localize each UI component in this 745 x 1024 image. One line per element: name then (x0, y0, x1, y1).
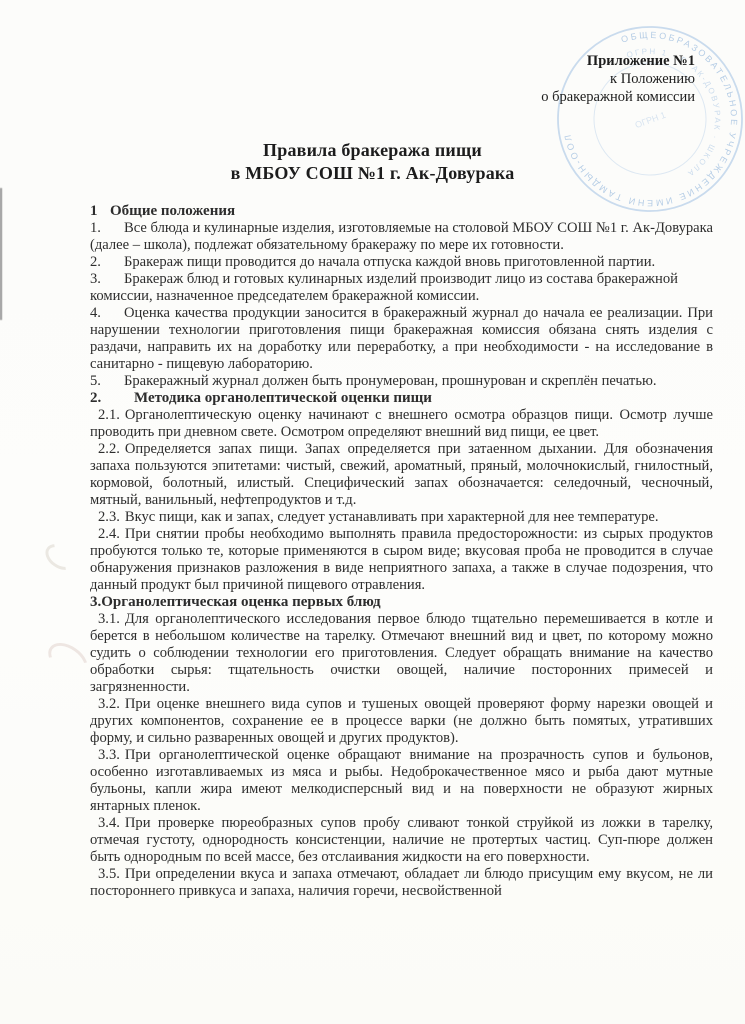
paragraph-number: 3.3. (98, 747, 120, 763)
scanned-document-page: ОБЩЕОБРАЗОВАТЕЛЬНОЕ УЧРЕЖДЕНИЕ ИМЕНИ ТАМ… (0, 0, 745, 1024)
paragraph-3-4: 3.4.При проверке пюреобразных супов проб… (90, 815, 713, 866)
paragraph-number: 3.4. (98, 815, 120, 831)
paragraph-2-3: 2.3.Вкус пищи, как и запах, следует уста… (90, 509, 713, 526)
list-item-2: 2.Бракераж пищи проводится до начала отп… (90, 254, 713, 271)
item-number: 3. (90, 271, 124, 288)
item-text: Бракераж блюд и готовых кулинарных издел… (90, 271, 678, 304)
section-1-heading: 1Общие положения (90, 203, 713, 220)
section-3-title: Органолептическая оценка первых блюд (101, 594, 380, 610)
paragraph-text: Органолептическую оценку начинают с внеш… (90, 407, 713, 440)
section-3-heading: 3.Органолептическая оценка первых блюд (90, 594, 713, 611)
scan-edge-artifact (0, 188, 2, 320)
item-number: 5. (90, 373, 124, 390)
paragraph-3-1: 3.1.Для органолептического исследования … (90, 611, 713, 696)
paragraph-text: Вкус пищи, как и запах, следует устанавл… (125, 509, 659, 525)
paragraph-number: 2.4. (98, 526, 120, 542)
section-2-title: Методика органолептической оценки пищи (134, 390, 432, 406)
paragraph-3-5: 3.5.При определении вкуса и запаха отмеч… (90, 866, 713, 900)
list-item-1: 1.Все блюда и кулинарные изделия, изгото… (90, 220, 713, 254)
document-title-line2: в МБОУ СОШ №1 г. Ак-Довурака (0, 162, 745, 185)
paragraph-text: При снятии пробы необходимо выполнять пр… (90, 526, 713, 593)
item-number: 2. (90, 254, 124, 271)
stamp-graphic: ОБЩЕОБРАЗОВАТЕЛЬНОЕ УЧРЕЖДЕНИЕ ИМЕНИ ТАМ… (551, 20, 745, 218)
paragraph-text: Для органолептического исследования перв… (90, 611, 713, 695)
item-text: Бракеражный журнал должен быть пронумеро… (124, 373, 657, 389)
paragraph-2-1: 2.1.Органолептическую оценку начинают с … (90, 407, 713, 441)
item-text: Бракераж пищи проводится до начала отпус… (124, 254, 655, 270)
paragraph-number: 2.2. (98, 441, 120, 457)
item-text: Оценка качества продукции заносится в бр… (90, 305, 713, 372)
appendix-ref-line2: о бракеражной комиссии (541, 88, 695, 106)
paragraph-3-3: 3.3.При органолептической оценке обращаю… (90, 747, 713, 815)
appendix-ref-line: к Положению (541, 70, 695, 88)
paragraph-text: При проверке пюреобразных супов пробу сл… (90, 815, 713, 865)
stamp-center-text: ОГРН 1 (634, 110, 667, 130)
list-item-5: 5.Бракеражный журнал должен быть пронуме… (90, 373, 713, 390)
appendix-number: Приложение №1 (541, 52, 695, 70)
item-number: 1. (90, 220, 124, 237)
paragraph-text: При оценке внешнего вида супов и тушеных… (90, 696, 713, 746)
appendix-header: Приложение №1 к Положению о бракеражной … (541, 52, 695, 106)
document-body: 1Общие положения 1.Все блюда и кулинарны… (90, 203, 713, 900)
paragraph-text: При органолептической оценке обращают вн… (90, 747, 713, 814)
section-2-number: 2. (90, 390, 134, 407)
paragraph-text: При определении вкуса и запаха отмечают,… (90, 866, 713, 899)
item-text: Все блюда и кулинарные изделия, изготовл… (90, 220, 713, 253)
section-2-heading: 2.Методика органолептической оценки пищи (90, 390, 713, 407)
paragraph-2-4: 2.4.При снятии пробы необходимо выполнят… (90, 526, 713, 594)
document-title-line1: Правила бракеража пищи (0, 139, 745, 162)
paragraph-number: 2.3. (98, 509, 120, 525)
paragraph-number: 2.1. (98, 407, 120, 423)
section-1-number: 1 (90, 203, 110, 220)
section-3-number: 3. (90, 594, 101, 610)
item-number: 4. (90, 305, 124, 322)
paragraph-number: 3.2. (98, 696, 120, 712)
list-item-3: 3.Бракераж блюд и готовых кулинарных изд… (90, 271, 713, 305)
document-title: Правила бракеража пищи в МБОУ СОШ №1 г. … (0, 139, 745, 185)
section-1-title: Общие положения (110, 203, 235, 219)
official-round-stamp: ОБЩЕОБРАЗОВАТЕЛЬНОЕ УЧРЕЖДЕНИЕ ИМЕНИ ТАМ… (551, 20, 745, 218)
paragraph-number: 3.1. (98, 611, 120, 627)
paragraph-2-2: 2.2.Определяется запах пищи. Запах опред… (90, 441, 713, 509)
paragraph-text: Определяется запах пищи. Запах определяе… (90, 441, 713, 508)
list-item-4: 4.Оценка качества продукции заносится в … (90, 305, 713, 373)
paragraph-number: 3.5. (98, 866, 120, 882)
paragraph-3-2: 3.2.При оценке внешнего вида супов и туш… (90, 696, 713, 747)
scan-smudge (42, 636, 94, 684)
scan-smudge (41, 539, 80, 575)
